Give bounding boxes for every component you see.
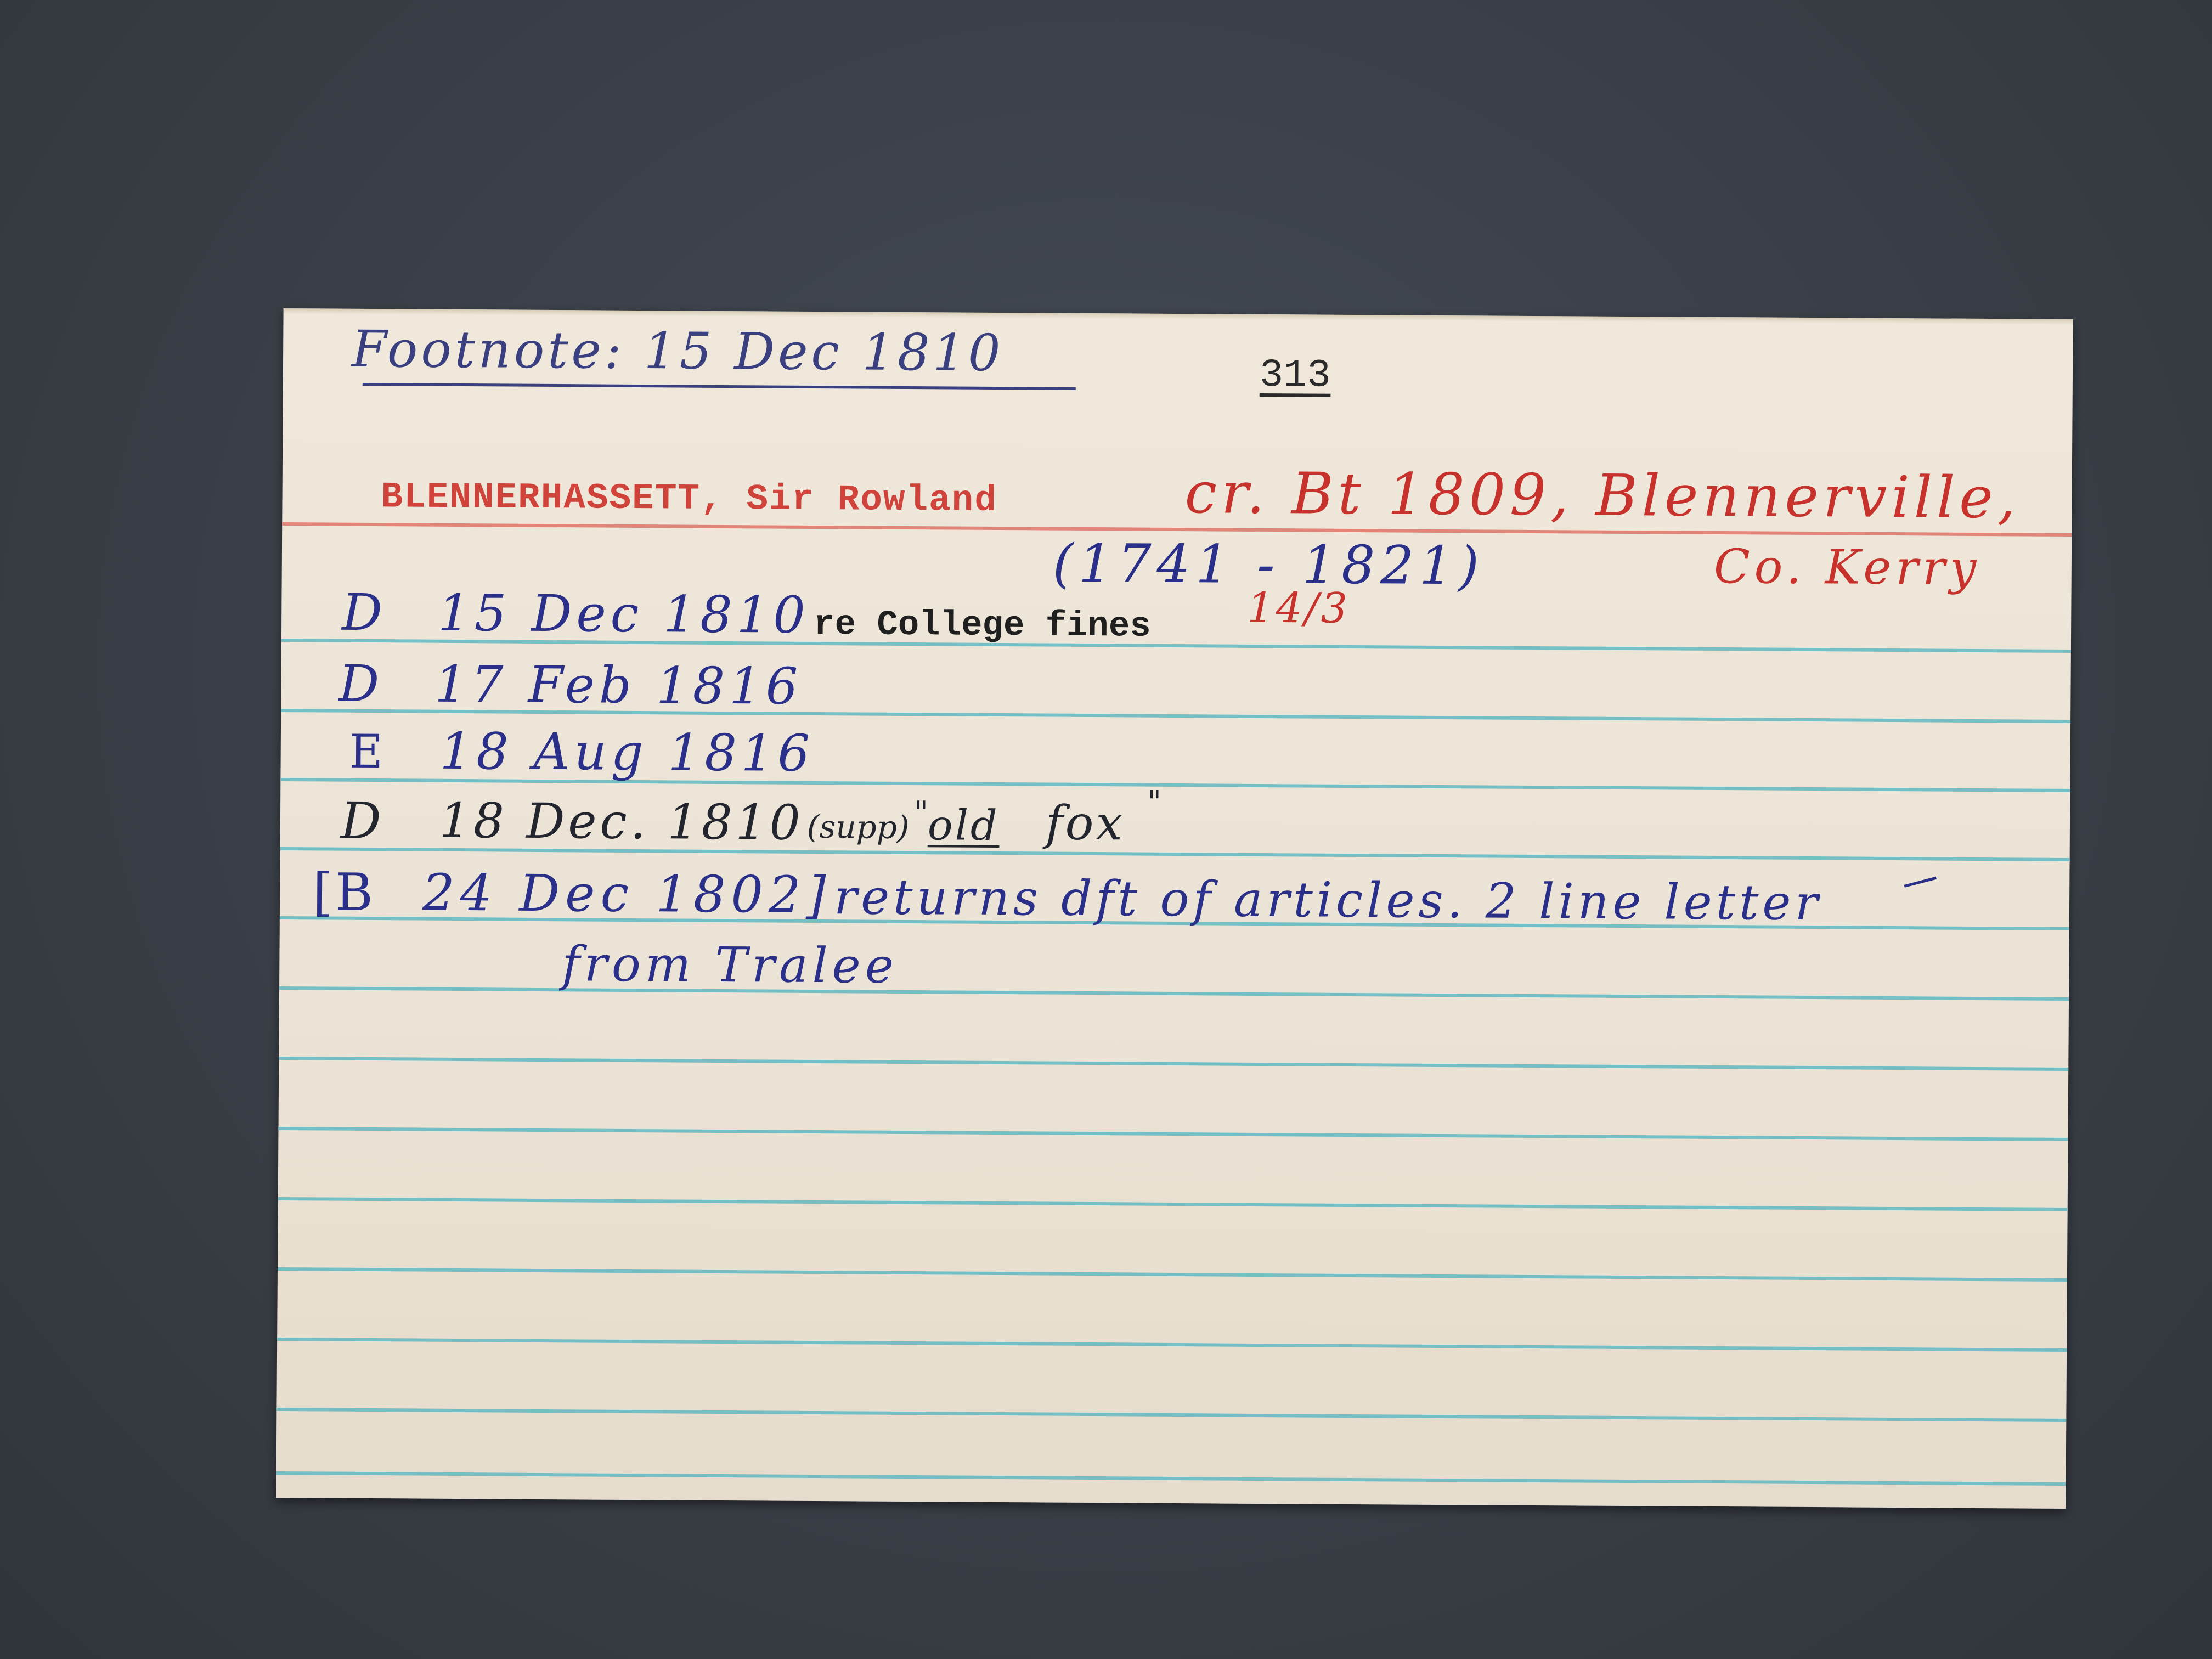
ruled-line [279,1057,2068,1071]
ruled-line [278,1267,2067,1282]
ruled-line [276,1471,2066,1486]
entry-quote-close: " [1147,785,1164,820]
index-card: Footnote: 15 Dec 1810 313 BLENNERHASSETT… [276,308,2073,1509]
ruled-line [278,1197,2068,1211]
ruled-line [277,1338,2067,1352]
footnote-reference: Footnote: 15 Dec 1810 [352,320,1004,382]
entry-note-line2: from Tralee [562,935,898,994]
ink-mark [1904,877,1937,888]
entry-code: D [341,792,383,850]
entry-date: 18 Dec. 1810 [439,792,804,851]
entry-date: 15 Dec 1810 [438,584,810,645]
ruled-line [279,1127,2068,1141]
entry-date: 17 Feb 1816 [435,655,802,716]
entry-quote-old: old [928,800,1000,850]
entry-code: [B [313,862,375,923]
entry-annotation: 14/3 [1247,583,1350,633]
entry-code: D [342,583,385,642]
entry-code: D [338,654,381,713]
ruled-line [276,1408,2066,1422]
card-number: 313 [1260,353,1331,398]
entry-note-line1: returns dft of articles. 2 line letter [834,868,1822,931]
entry-quote-fox: fox [1046,796,1125,851]
title-note: cr. Bt 1809, Blennerville, [1184,459,2020,531]
entry-typed-note: re College fines [814,605,1151,647]
entry-date: 18 Aug 1816 [439,722,814,783]
footnote-underline [363,383,1076,390]
ruled-line [279,986,2069,1001]
location-note: Co. Kerry [1714,539,1981,596]
entry-supp-note: (supp) [807,808,910,846]
subject-name: BLENNERHASSETT, Sir Rowland [381,476,997,521]
entry-date: 24 Dec 1802] [422,864,832,925]
entry-code: E [349,725,385,778]
